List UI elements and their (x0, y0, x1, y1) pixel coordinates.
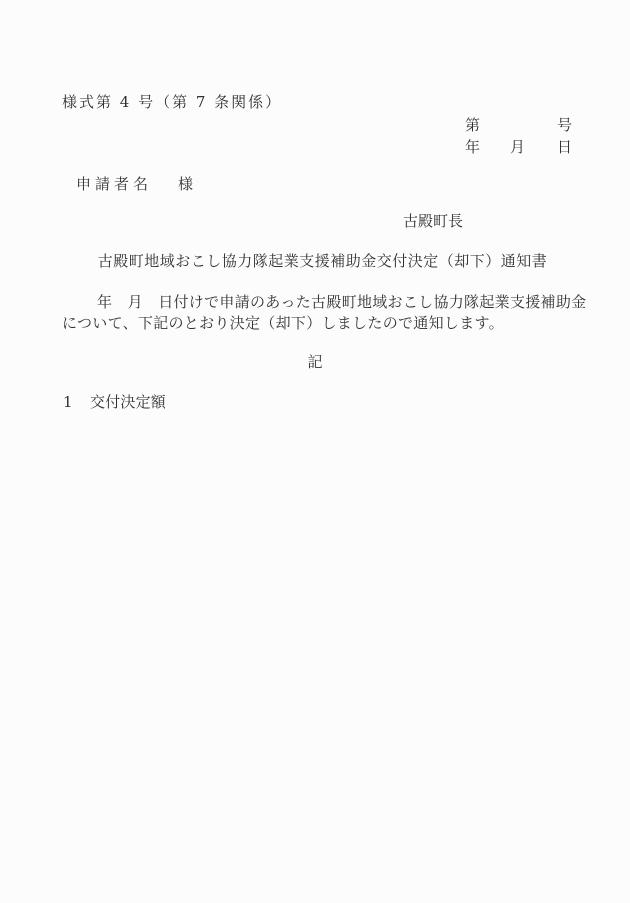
document-title: 古殿町地域おこし協力隊起業支援補助金交付決定（却下）通知書 (15, 254, 630, 269)
item-number: 1 (63, 395, 73, 410)
sender-title: 古殿町長 (403, 214, 463, 229)
doc-number-prefix: 第 (465, 118, 480, 133)
doc-number-suffix: 号 (557, 118, 572, 133)
record-marker: 記 (0, 355, 630, 370)
body-paragraph-line-2: について、下記のとおり決定（却下）しましたので通知します。 (62, 316, 504, 331)
body-paragraph-line-1: 年 月 日付けで申請のあった古殿町地域おこし協力隊起業支援補助金 (97, 295, 586, 310)
item-label: 交付決定額 (90, 395, 166, 410)
date-day-label: 日 (557, 140, 572, 155)
addressee-honorific: 様 (178, 177, 193, 192)
date-month-label: 月 (510, 140, 525, 155)
document-page: 様式第 4 号（第 7 条関係） 第 号 年 月 日 申請者名 様 古殿町長 古… (0, 0, 630, 903)
form-number: 様式第 4 号（第 7 条関係） (62, 95, 282, 110)
addressee-name-label: 申請者名 (76, 177, 152, 192)
date-year-label: 年 (465, 140, 480, 155)
